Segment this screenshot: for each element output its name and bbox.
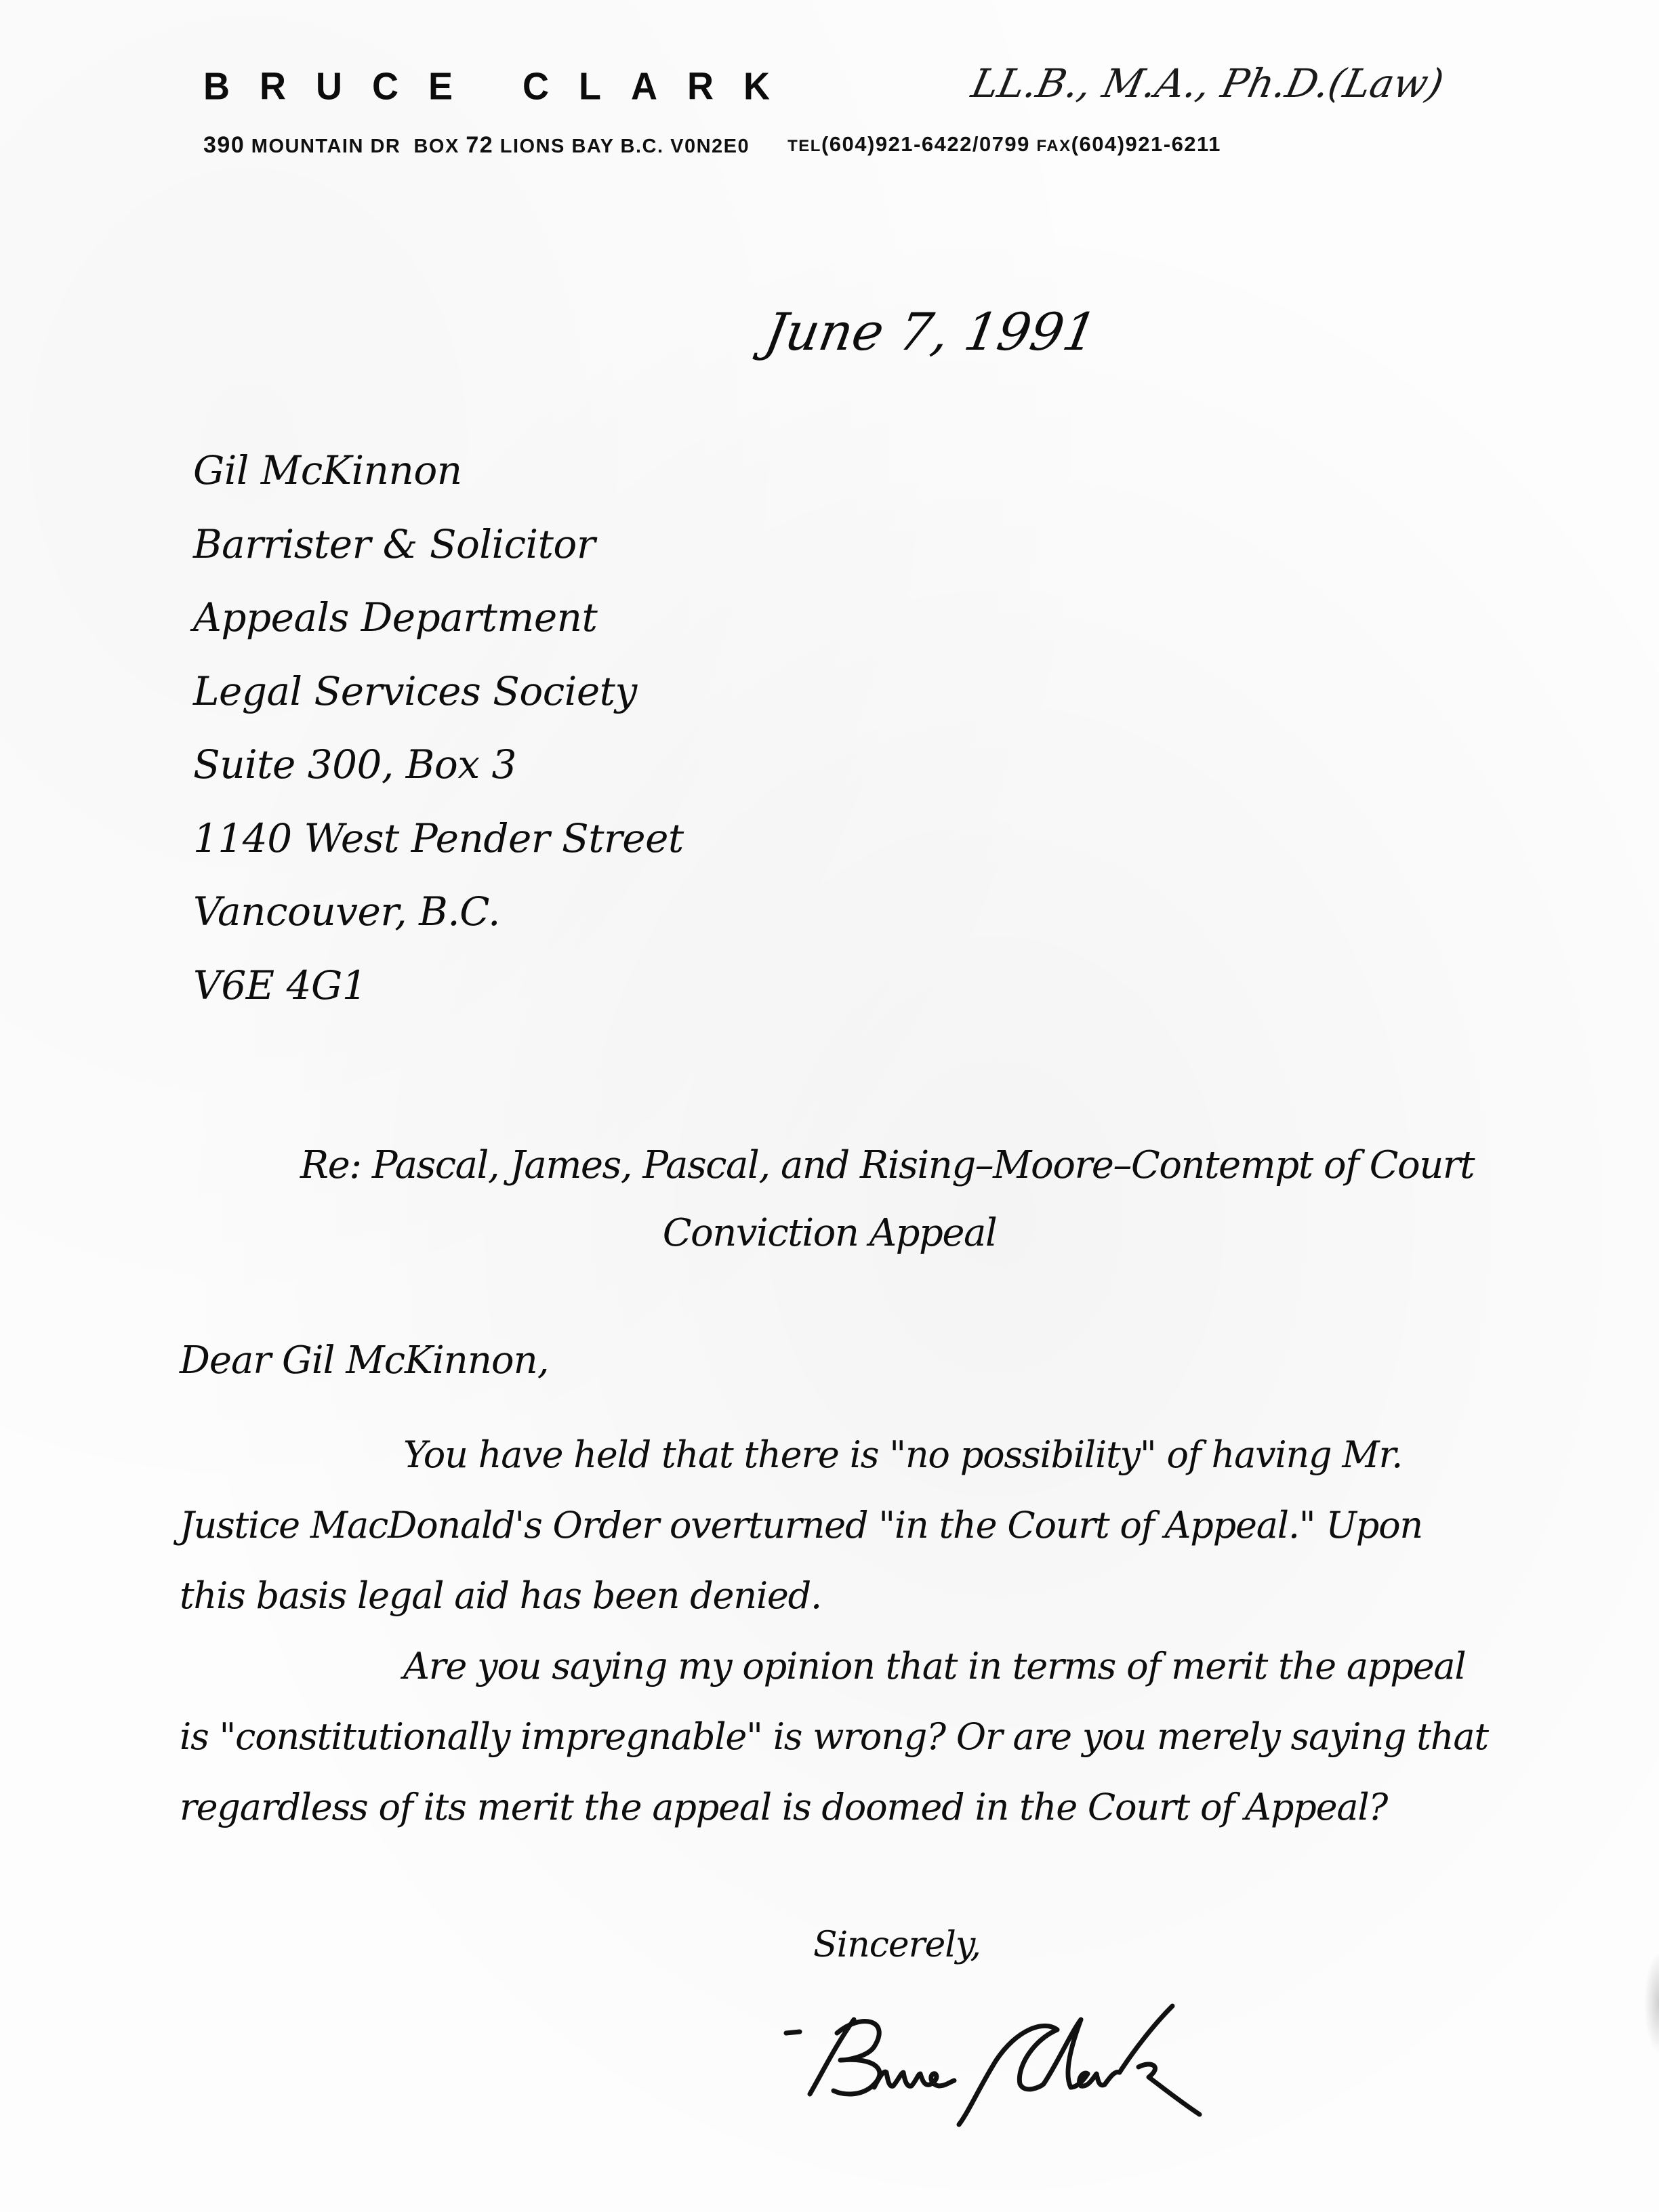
address-number: 390 [203, 132, 245, 158]
body-line: Justice MacDonald's Order overturned "in… [180, 1490, 1393, 1561]
letter-date: June 7, 1991 [760, 302, 1101, 362]
letterhead-degrees: LL.B., M.A., Ph.D.(Law) [968, 60, 1448, 106]
recipient-line: Vancouver, B.C. [193, 875, 684, 949]
body-line: this basis legal aid has been denied. [180, 1561, 1393, 1631]
recipient-line: 1140 West Pender Street [193, 802, 684, 876]
recipient-address-block: Gil McKinnon Barrister & Solicitor Appea… [193, 434, 684, 1022]
handwritten-signature-icon [773, 1992, 1247, 2128]
scan-artifact [1644, 1952, 1659, 2053]
subject-block: Re: Pascal, James, Pascal, and Rising–Mo… [0, 1132, 1659, 1267]
recipient-line: Appeals Department [193, 581, 684, 655]
letter-body: You have held that there is "no possibil… [180, 1420, 1393, 1843]
recipient-line: Barrister & Solicitor [193, 508, 684, 581]
tel-number: (604)921-6422/0799 [821, 132, 1030, 156]
letter-page: BRUCE CLARK LL.B., M.A., Ph.D.(Law) 390 … [0, 0, 1659, 2212]
recipient-line: Suite 300, Box 3 [193, 728, 684, 802]
fax-number: (604)921-6211 [1071, 132, 1221, 156]
letterhead-address: 390 MOUNTAIN DR BOX 72 LIONS BAY B.C. V0… [203, 132, 750, 159]
body-line: regardless of its merit the appeal is do… [180, 1772, 1393, 1843]
tel-label: TEL [787, 137, 821, 155]
recipient-line: V6E 4G1 [193, 949, 684, 1023]
salutation: Dear Gil McKinnon, [180, 1338, 549, 1382]
letterhead-address-line: 390 MOUNTAIN DR BOX 72 LIONS BAY B.C. V0… [203, 132, 1221, 159]
subject-line-2: Conviction Appeal [0, 1200, 1659, 1267]
fax-label: FAX [1036, 137, 1071, 155]
subject-line-1: Re: Pascal, James, Pascal, and Rising–Mo… [0, 1132, 1659, 1200]
closing: Sincerely, [813, 1925, 981, 1965]
address-street: MOUNTAIN DR [251, 136, 401, 157]
address-city: LIONS BAY B.C. V0N2E0 [500, 136, 750, 157]
body-line: You have held that there is "no possibil… [180, 1420, 1393, 1490]
letterhead-contact: TEL(604)921-6422/0799 FAX(604)921-6211 [787, 132, 1221, 159]
letterhead-name: BRUCE CLARK [203, 64, 800, 108]
recipient-line: Gil McKinnon [193, 434, 684, 508]
body-line: is "constitutionally impregnable" is wro… [180, 1702, 1393, 1772]
address-box-number: 72 [466, 132, 493, 158]
address-box-label: BOX [413, 136, 459, 157]
recipient-line: Legal Services Society [193, 655, 684, 729]
body-line: Are you saying my opinion that in terms … [180, 1631, 1393, 1702]
